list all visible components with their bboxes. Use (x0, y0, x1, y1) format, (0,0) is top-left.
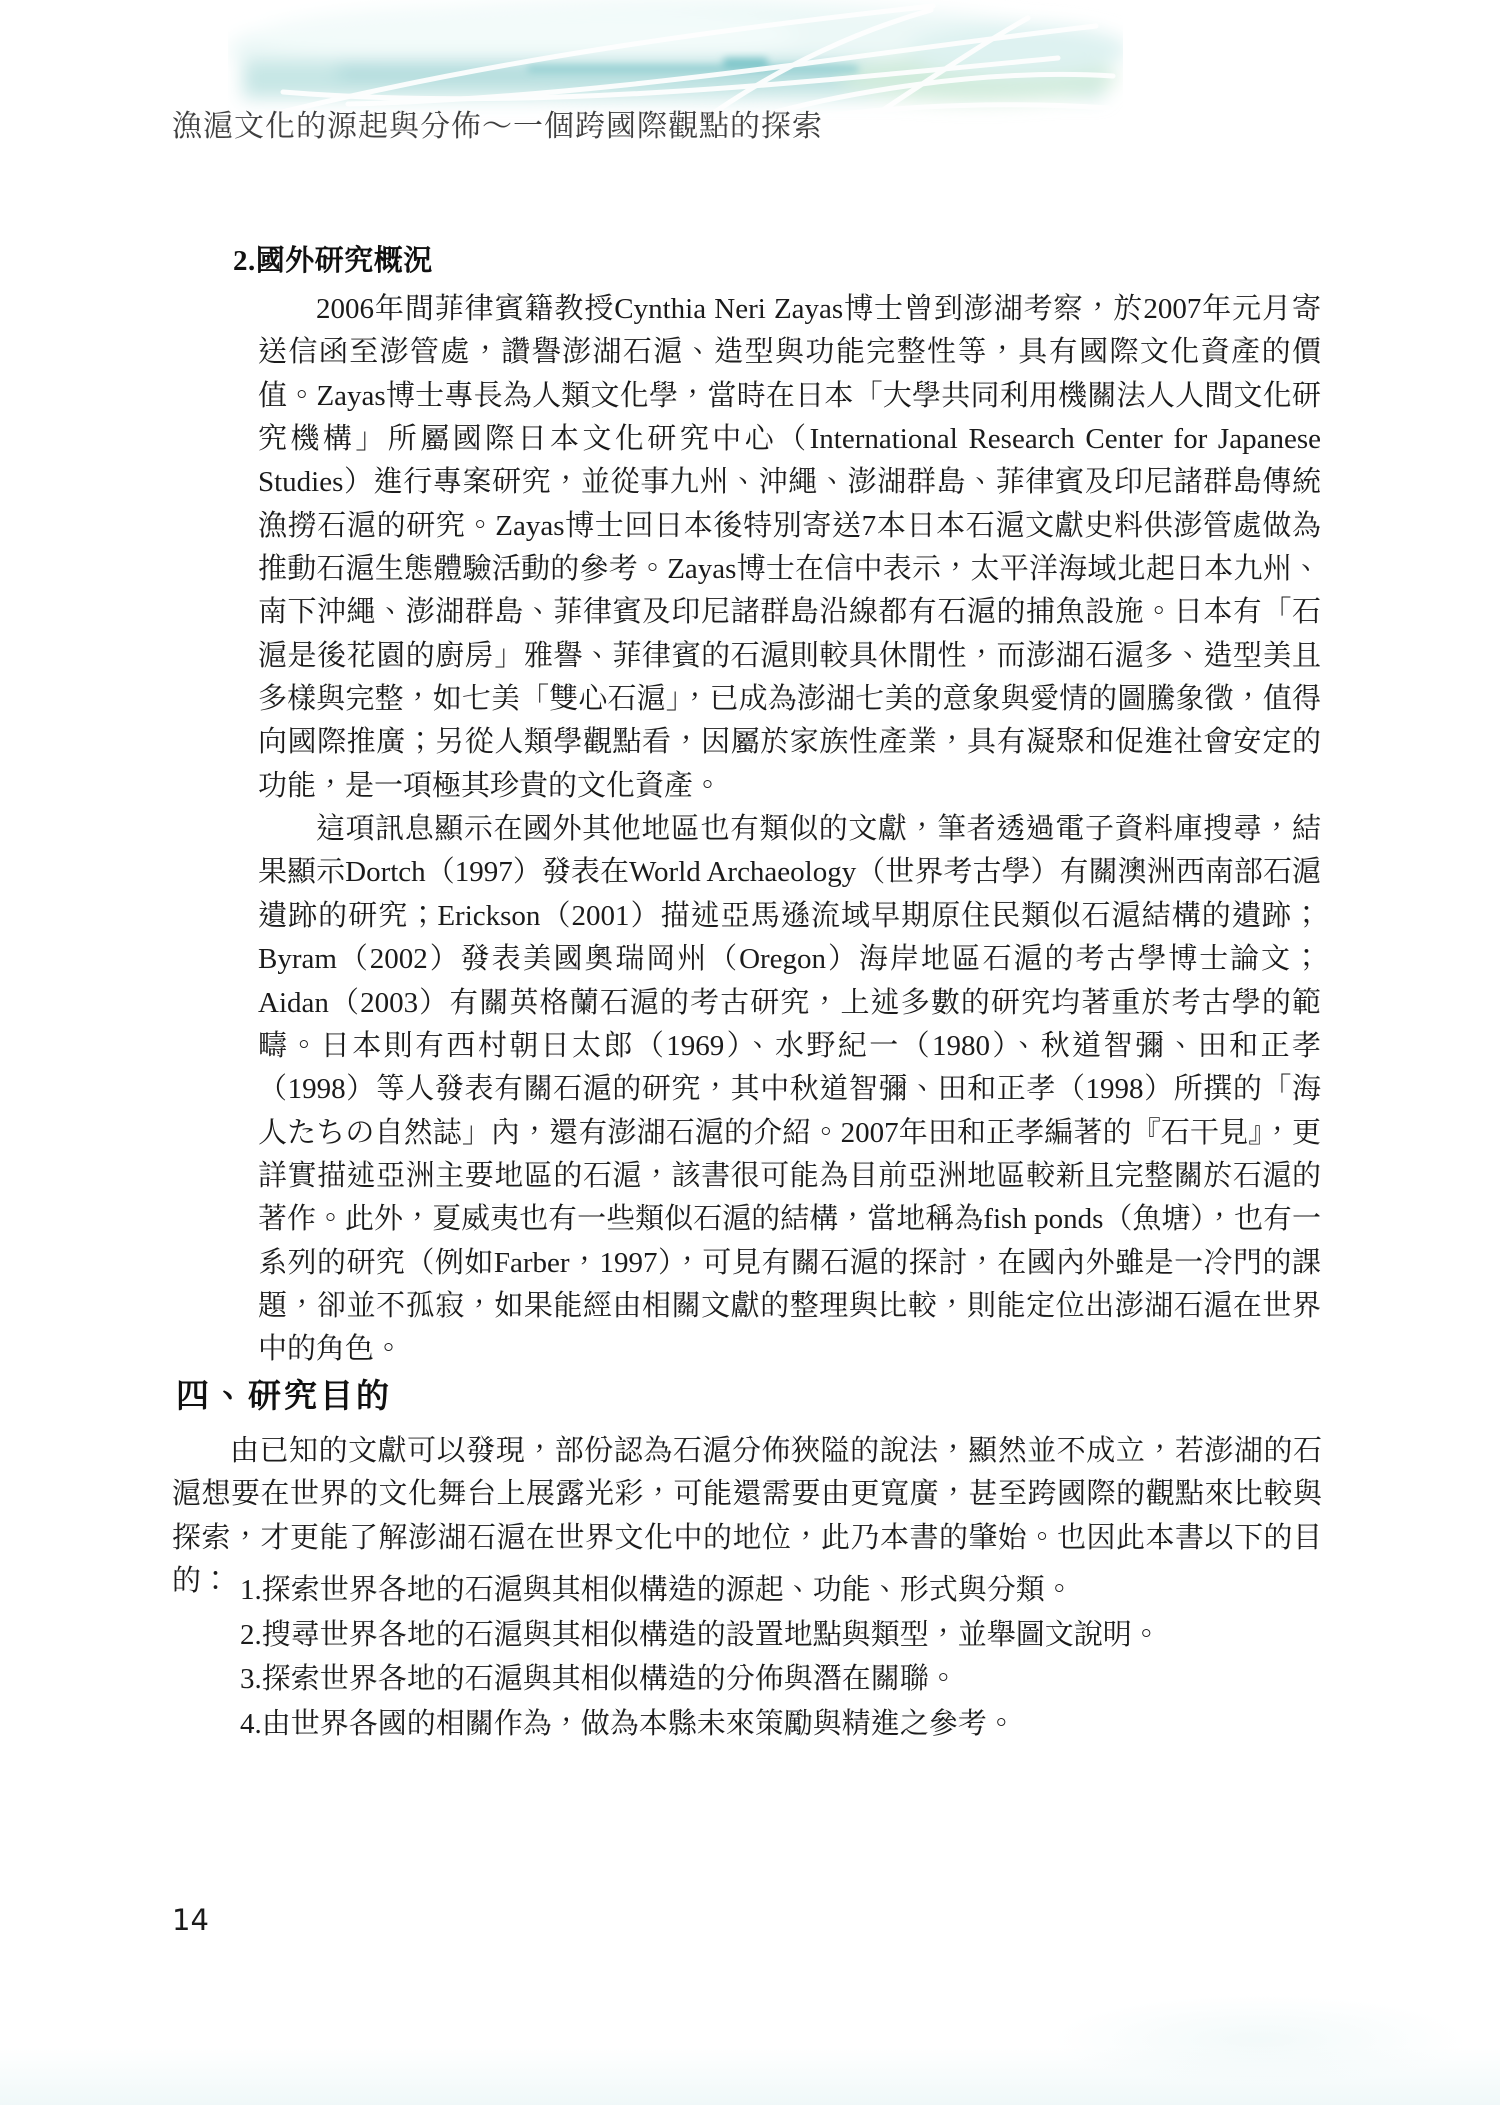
goal-item-2: 2.搜尋世界各地的石滬與其相似構造的設置地點與類型，並舉圖文說明。 (240, 1613, 1330, 1658)
bottom-wash-decoration (0, 2047, 1500, 2105)
paragraph-literature: 這項訊息顯示在國外其他地區也有類似的文獻，筆者透過電子資料庫搜尋，結果顯示Dor… (258, 808, 1321, 1371)
section-heading-research-purpose: 四、研究目的 (176, 1370, 392, 1417)
page-number: 14 (172, 1903, 209, 1937)
goal-item-1: 1.探索世界各地的石滬與其相似構造的源起、功能、形式與分類。 (240, 1568, 1330, 1613)
document-page: { "header": { "title": "漁滬文化的源起與分佈～一個跨國際… (0, 0, 1500, 2105)
goal-item-4: 4.由世界各國的相關作為，做為本縣未來策勵與精進之參考。 (240, 1702, 1330, 1747)
bottom-ghost-decoration (1050, 1995, 1470, 2085)
research-goals-list: 1.探索世界各地的石滬與其相似構造的源起、功能、形式與分類。 2.搜尋世界各地的… (240, 1568, 1330, 1746)
section-heading-foreign-research: 2.國外研究概況 (233, 238, 433, 279)
header-title: 漁滬文化的源起與分佈～一個跨國際觀點的探索 (172, 101, 823, 145)
paragraph-zayas: 2006年間菲律賓籍教授Cynthia Neri Zayas博士曾到澎湖考察，於… (258, 288, 1321, 808)
goal-item-3: 3.探索世界各地的石滬與其相似構造的分佈與潛在關聯。 (240, 1657, 1330, 1702)
section2-body: 2006年間菲律賓籍教授Cynthia Neri Zayas博士曾到澎湖考察，於… (258, 288, 1321, 1372)
